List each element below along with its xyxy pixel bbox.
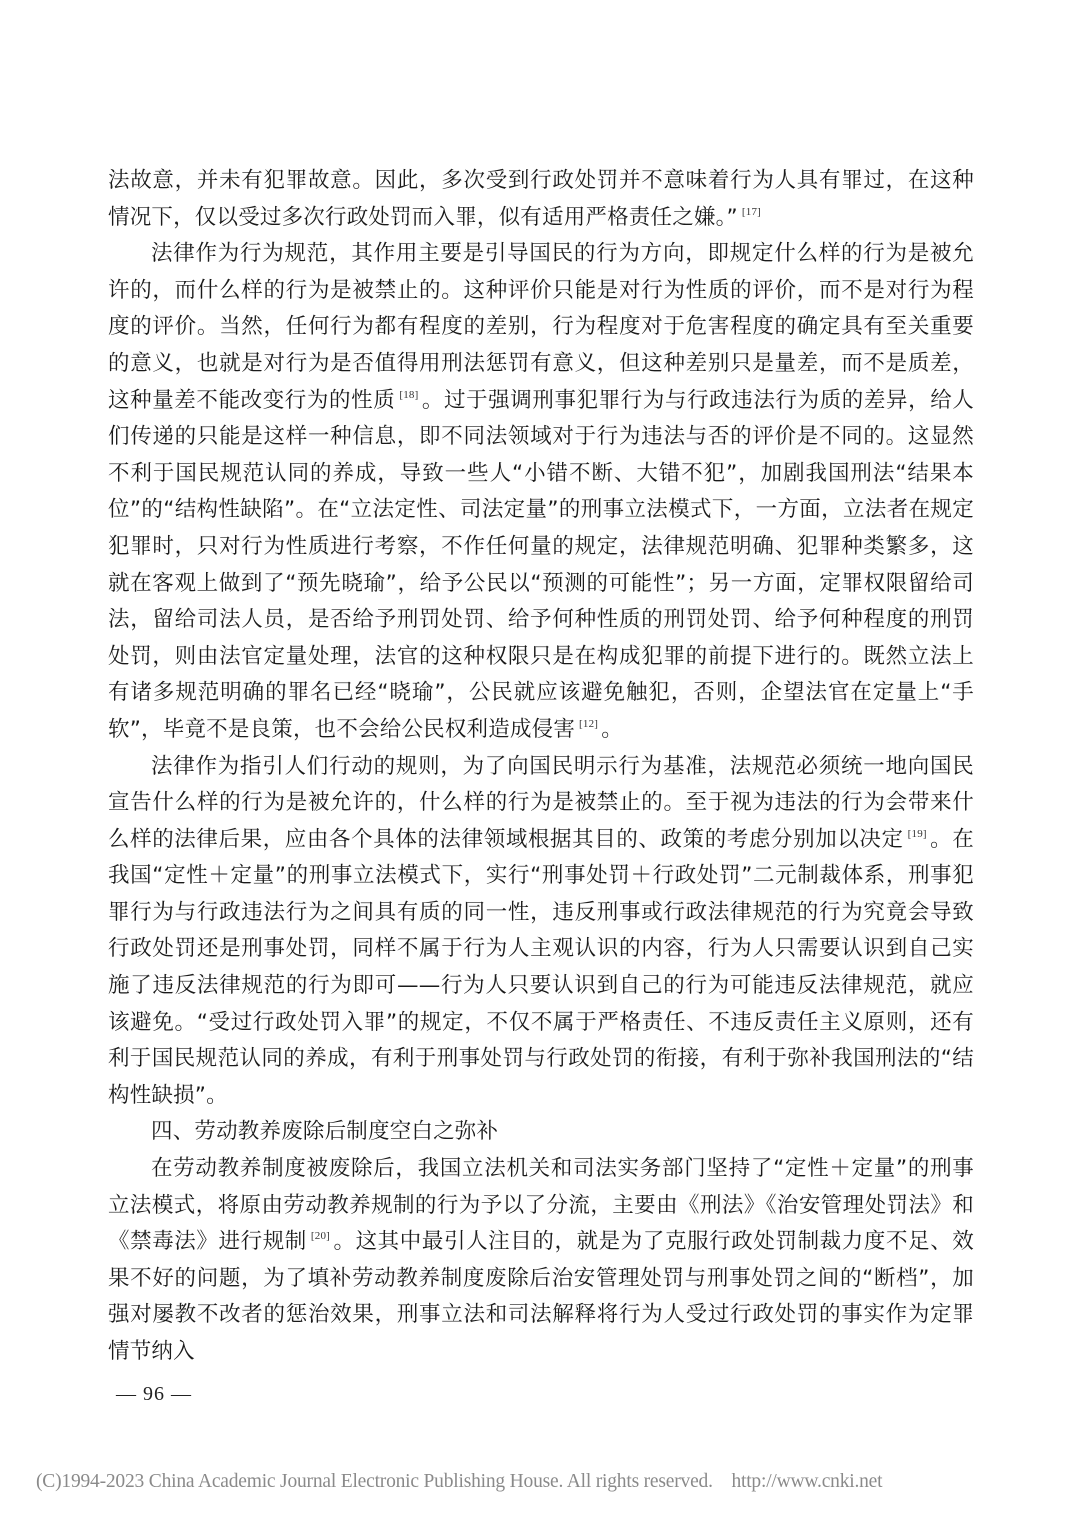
section-heading-text: 四、劳动教养废除后制度空白之弥补 <box>151 1119 498 1144</box>
copyright-notice: (C)1994-2023 China Academic Journal Elec… <box>36 1471 882 1493</box>
paragraph-legal-norms: 法律作为行为规范，其作用主要是引导国民的行为方向，即规定什么样的行为是被允许的，… <box>108 236 974 748</box>
section-heading: 四、劳动教养废除后制度空白之弥补 <box>108 1114 974 1151</box>
paragraph-guiding-rules: 法律作为指引人们行动的规则，为了向国民明示行为基准，法规范必须统一地向国民宣告什… <box>108 749 974 1115</box>
paragraph-text: 。 <box>601 717 623 742</box>
paragraph-text: 。过于强调刑事犯罪行为与行政违法行为质的差异，给人们传递的只能是这样一种信息，即… <box>108 388 974 742</box>
paragraph-text: 法故意，并未有犯罪故意。因此，多次受到行政处罚并不意味着行为人具有罪过，在这种情… <box>108 168 974 230</box>
citation-18[interactable]: [18] <box>399 389 418 401</box>
paragraph-continuation: 法故意，并未有犯罪故意。因此，多次受到行政处罚并不意味着行为人具有罪过，在这种情… <box>108 163 974 236</box>
page-number: — 96 — <box>116 1383 192 1406</box>
paragraph-text: 法律作为指引人们行动的规则，为了向国民明示行为基准，法规范必须统一地向国民宣告什… <box>108 754 974 852</box>
citation-12[interactable]: [12] <box>579 718 598 730</box>
citation-19[interactable]: [19] <box>908 828 927 840</box>
paragraph-labor-education: 在劳动教养制度被废除后，我国立法机关和司法实务部门坚持了“定性＋定量”的刑事立法… <box>108 1151 974 1371</box>
article-body: 法故意，并未有犯罪故意。因此，多次受到行政处罚并不意味着行为人具有罪过，在这种情… <box>108 163 974 1371</box>
paragraph-text: 。在我国“定性＋定量”的刑事立法模式下，实行“刑事处罚＋行政处罚”二元制裁体系，… <box>108 827 974 1108</box>
citation-20[interactable]: [20] <box>311 1230 330 1242</box>
citation-17[interactable]: [17] <box>742 206 761 218</box>
